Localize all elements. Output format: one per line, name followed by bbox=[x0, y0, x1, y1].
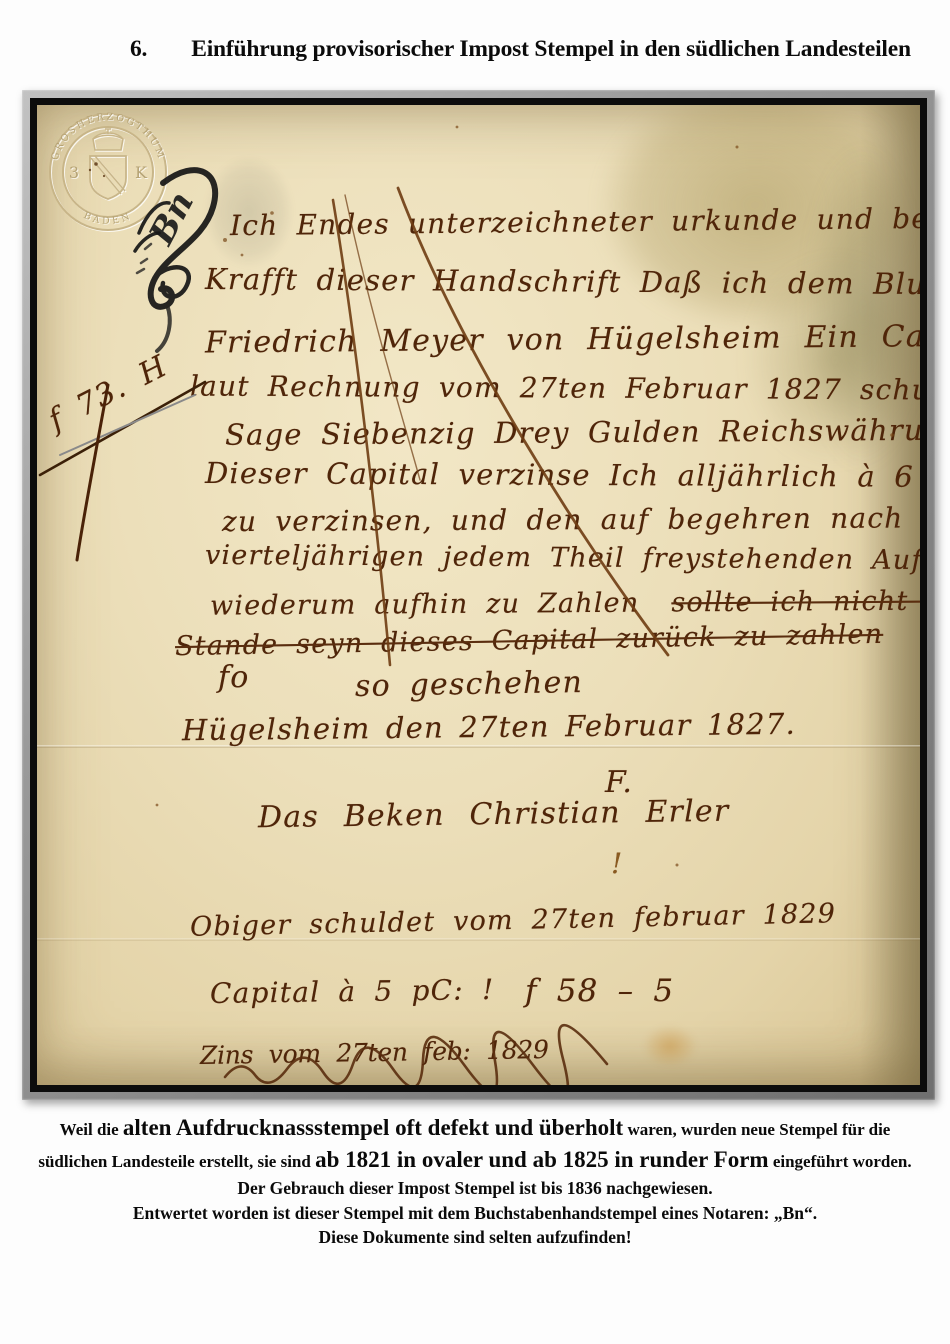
heading-title: Einführung provisorischer Impost Stempel… bbox=[191, 36, 911, 63]
caption-line-2: südlichen Landesteile erstellt, sie sind… bbox=[0, 1144, 950, 1176]
caption-block: Weil die alten Aufdrucknassstempel oft d… bbox=[0, 1112, 950, 1250]
manuscript-line: zu verzinsen, und den auf begehren nach … bbox=[222, 501, 920, 538]
amount-value: f 58 – 5 bbox=[525, 973, 674, 1009]
manuscript-line: so geschehen bbox=[355, 665, 584, 704]
manuscript-line: vierteljährigen jedem Theil freystehende… bbox=[205, 540, 920, 577]
caption-text: alten Aufdrucknassstempel oft defekt und… bbox=[123, 1115, 623, 1140]
manuscript-line: Dieser Capital verzinse Ich alljährlich … bbox=[205, 456, 920, 494]
caption-text: waren, wurden neue Stempel für die bbox=[623, 1120, 890, 1139]
caption-line-4: Entwertet worden ist dieser Stempel mit … bbox=[0, 1201, 950, 1226]
manuscript-line: wiederum aufhin zu Zahlensollte ich nich… bbox=[210, 585, 920, 621]
caption-text: Weil die bbox=[60, 1120, 123, 1139]
notary-handstamp-bn-icon: Bn bbox=[111, 155, 231, 365]
manuscript-line: Zins vom 27ten feb: 1829 bbox=[200, 1035, 549, 1070]
caption-text: ab 1821 in ovaler und ab 1825 in runder … bbox=[315, 1147, 768, 1172]
paper-stain-bottom bbox=[632, 1017, 708, 1075]
manuscript-line: laut Rechnung vom 27ten Februar 1827 sch… bbox=[190, 370, 920, 408]
signature: Das Beken Christian Erler bbox=[258, 794, 730, 836]
caption-line-3: Der Gebrauch dieser Impost Stempel ist b… bbox=[0, 1176, 950, 1201]
caption-text: eingeführt worden. bbox=[769, 1152, 912, 1171]
dateline: Hügelsheim den 27ten Februar 1827. bbox=[182, 707, 796, 747]
paper-crease bbox=[37, 938, 920, 941]
scanned-catalog-page: 6. Einführung provisorischer Impost Stem… bbox=[0, 0, 950, 1344]
manuscript-line: Krafft dieser Handschrift Daß ich dem Bl… bbox=[205, 262, 920, 302]
manuscript-paper: GROSHERZOGTHUM BADEN 3 K bbox=[37, 105, 920, 1085]
caption-line-1: Weil die alten Aufdrucknassstempel oft d… bbox=[0, 1112, 950, 1144]
document-photo-frame: GROSHERZOGTHUM BADEN 3 K bbox=[22, 90, 935, 1100]
signature-mark: ! bbox=[611, 847, 623, 880]
manuscript-line: Sage Siebenzig Drey Gulden Reichswährung… bbox=[225, 412, 920, 452]
line-text: wiederum aufhin zu Zahlen bbox=[210, 588, 640, 622]
photo-inner-border: GROSHERZOGTHUM BADEN 3 K bbox=[30, 98, 927, 1092]
manuscript-line: Friedrich Meyer von Hügelsheim Ein Capit… bbox=[205, 319, 920, 361]
manuscript-line: Ich Endes unterzeichneter urkunde und be… bbox=[230, 201, 920, 242]
caption-text: südlichen Landesteile erstellt, sie sind bbox=[38, 1152, 315, 1171]
heading-number: 6. bbox=[130, 36, 147, 63]
seal-value-3: 3 bbox=[69, 163, 79, 182]
line-text-struck: sollte ich nicht im bbox=[671, 585, 920, 618]
manuscript-line: Capital à 5 pC: ! bbox=[210, 973, 495, 1010]
manuscript-line: fo bbox=[218, 660, 250, 695]
caption-line-5: Diese Dokumente sind selten aufzufinden! bbox=[0, 1225, 950, 1250]
manuscript-line: Obiger schuldet vom 27ten februar 1829 bbox=[190, 898, 837, 943]
manuscript-line: Stande seyn dieses Capital zurück zu zah… bbox=[175, 619, 884, 662]
paper-crease bbox=[37, 745, 920, 748]
line-text-struck: Stande seyn dieses Capital zurück zu zah… bbox=[175, 619, 884, 662]
page-heading: 6. Einführung provisorischer Impost Stem… bbox=[130, 36, 911, 63]
